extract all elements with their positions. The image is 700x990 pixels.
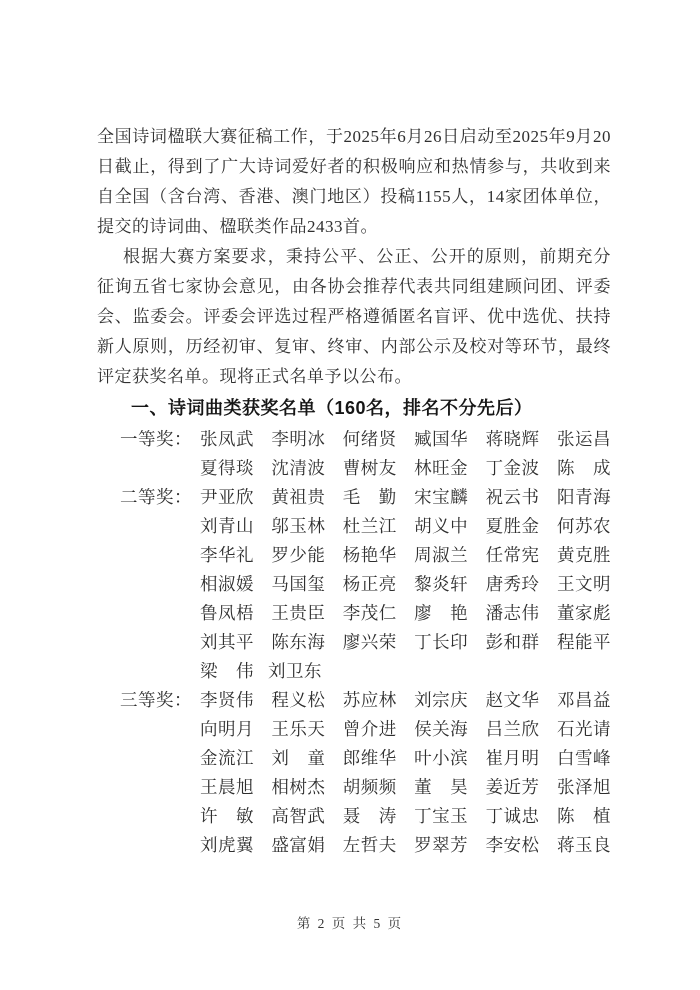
award-names-row: 张凤武李明冰何绪贤臧国华蒋晓辉张运昌: [200, 425, 611, 454]
awardee-name: 左哲夫: [343, 831, 397, 860]
awardee-name: 盛富娟: [271, 831, 325, 860]
awardee-name: 鲁凤梧: [200, 599, 254, 628]
awardee-name: 黄祖贵: [271, 483, 325, 512]
awardee-name: 罗翠芳: [414, 831, 468, 860]
award-rank-label: 三等奖：: [97, 686, 200, 715]
awardee-name: 崔月明: [486, 744, 540, 773]
awardee-name: 杜兰江: [343, 512, 397, 541]
document-page: 全国诗词楹联大赛征稿工作，于2025年6月26日启动至2025年9月20日截止，…: [0, 0, 700, 990]
awardee-name: 刘宗庆: [414, 686, 468, 715]
award-row: 王晨旭相树杰胡频频董 昊姜近芳张泽旭: [97, 773, 611, 802]
award-row: 鲁凤梧王贵臣李茂仁廖 艳潘志伟董家彪: [97, 599, 611, 628]
awardee-name: 夏得琰: [200, 454, 254, 483]
awardee-name: 曾介进: [343, 715, 397, 744]
awardee-name: 程义松: [271, 686, 325, 715]
awardee-name: 向明月: [200, 715, 254, 744]
award-names-row: 相淑媛马国玺杨正亮黎炎轩唐秀玲王文明: [200, 570, 611, 599]
award-rank-label: 一等奖：: [97, 425, 200, 454]
award-row: 相淑媛马国玺杨正亮黎炎轩唐秀玲王文明: [97, 570, 611, 599]
awardee-name: 蒋晓辉: [486, 425, 540, 454]
awardee-name: 尹亚欣: [200, 483, 254, 512]
awardee-name: 刘卫东: [268, 657, 322, 686]
awardee-name: 张泽旭: [557, 773, 611, 802]
awardee-name: 沈清波: [271, 454, 325, 483]
awardee-name: 曹树友: [343, 454, 397, 483]
awardee-name: 阳青海: [557, 483, 611, 512]
award-row: 梁 伟刘卫东: [97, 657, 611, 686]
awardee-name: 马国玺: [271, 570, 325, 599]
document-body: 全国诗词楹联大赛征稿工作，于2025年6月26日启动至2025年9月20日截止，…: [97, 122, 611, 860]
awardee-name: 侯关海: [414, 715, 468, 744]
awardee-name: 王文明: [557, 570, 611, 599]
award-names-row: 李贤伟程义松苏应林刘宗庆赵文华邓昌益: [200, 686, 611, 715]
awardee-name: 刘 童: [271, 744, 325, 773]
award-names-row: 金流江刘 童郎维华叶小滨崔月明白雪峰: [200, 744, 611, 773]
awardee-name: 黎炎轩: [414, 570, 468, 599]
awardee-name: 丁长印: [414, 628, 468, 657]
awardee-name: 聂 涛: [343, 802, 397, 831]
awardee-name: 丁宝玉: [414, 802, 468, 831]
awardee-name: 董家彪: [557, 599, 611, 628]
award-names-row: 王晨旭相树杰胡频频董 昊姜近芳张泽旭: [200, 773, 611, 802]
awardee-name: 潘志伟: [486, 599, 540, 628]
award-names-row: 向明月王乐天曾介进侯关海吕兰欣石光请: [200, 715, 611, 744]
awardee-name: 梁 伟: [200, 657, 254, 686]
awardee-name: 邓昌益: [557, 686, 611, 715]
award-names-row: 许 敏高智武聂 涛丁宝玉丁诚忠陈 植: [200, 802, 611, 831]
award-row: 一等奖：张凤武李明冰何绪贤臧国华蒋晓辉张运昌: [97, 425, 611, 454]
awardee-name: 赵文华: [486, 686, 540, 715]
awardee-name: 夏胜金: [486, 512, 540, 541]
awardee-name: 胡义中: [414, 512, 468, 541]
award-row: 向明月王乐天曾介进侯关海吕兰欣石光请: [97, 715, 611, 744]
awardee-name: 唐秀玲: [486, 570, 540, 599]
awardee-name: 叶小滨: [414, 744, 468, 773]
awardee-name: 相树杰: [271, 773, 325, 802]
awardee-name: 高智武: [271, 802, 325, 831]
awardee-name: 黄克胜: [557, 541, 611, 570]
awardee-name: 张凤武: [200, 425, 254, 454]
awardee-name: 祝云书: [486, 483, 540, 512]
awardee-name: 陈 植: [557, 802, 611, 831]
award-list: 一等奖：张凤武李明冰何绪贤臧国华蒋晓辉张运昌夏得琰沈清波曹树友林旺金丁金波陈 成…: [97, 425, 611, 860]
award-names-row: 李华礼罗少能杨艳华周淑兰任常宪黄克胜: [200, 541, 611, 570]
page-footer: 第 2 页 共 5 页: [0, 912, 700, 932]
awardee-name: 张运昌: [557, 425, 611, 454]
award-row: 刘其平陈东海廖兴荣丁长印彭和群程能平: [97, 628, 611, 657]
paragraph-intro: 全国诗词楹联大赛征稿工作，于2025年6月26日启动至2025年9月20日截止，…: [97, 122, 611, 242]
awardee-name: 王乐天: [271, 715, 325, 744]
awardee-name: 姜近芳: [486, 773, 540, 802]
award-names-row: 梁 伟刘卫东: [200, 657, 611, 686]
award-rank-label: 二等奖：: [97, 483, 200, 512]
awardee-name: 丁诚忠: [486, 802, 540, 831]
award-row: 夏得琰沈清波曹树友林旺金丁金波陈 成: [97, 454, 611, 483]
awardee-name: 白雪峰: [557, 744, 611, 773]
awardee-name: 李茂仁: [343, 599, 397, 628]
awardee-name: 林旺金: [414, 454, 468, 483]
awardee-name: 李贤伟: [200, 686, 254, 715]
awardee-name: 邬玉林: [271, 512, 325, 541]
awardee-name: 任常宪: [486, 541, 540, 570]
awardee-name: 董 昊: [414, 773, 468, 802]
awardee-name: 王贵臣: [271, 599, 325, 628]
awardee-name: 许 敏: [200, 802, 254, 831]
awardee-name: 刘虎翼: [200, 831, 254, 860]
awardee-name: 罗少能: [271, 541, 325, 570]
award-names-row: 鲁凤梧王贵臣李茂仁廖 艳潘志伟董家彪: [200, 599, 611, 628]
awardee-name: 杨正亮: [343, 570, 397, 599]
award-row: 许 敏高智武聂 涛丁宝玉丁诚忠陈 植: [97, 802, 611, 831]
award-row: 李华礼罗少能杨艳华周淑兰任常宪黄克胜: [97, 541, 611, 570]
award-row: 刘虎翼盛富娟左哲夫罗翠芳李安松蒋玉良: [97, 831, 611, 860]
awardee-name: 蒋玉良: [557, 831, 611, 860]
awardee-name: 王晨旭: [200, 773, 254, 802]
awardee-name: 宋宝麟: [414, 483, 468, 512]
award-row: 刘青山邬玉林杜兰江胡义中夏胜金何苏农: [97, 512, 611, 541]
awardee-name: 周淑兰: [414, 541, 468, 570]
awardee-name: 李华礼: [200, 541, 254, 570]
awardee-name: 廖 艳: [414, 599, 468, 628]
award-names-row: 刘其平陈东海廖兴荣丁长印彭和群程能平: [200, 628, 611, 657]
awardee-name: 陈东海: [271, 628, 325, 657]
awardee-name: 李明冰: [271, 425, 325, 454]
award-names-row: 夏得琰沈清波曹树友林旺金丁金波陈 成: [200, 454, 611, 483]
section-heading: 一、诗词曲类获奖名单（160名，排名不分先后）: [97, 393, 611, 424]
awardee-name: 臧国华: [414, 425, 468, 454]
awardee-name: 丁金波: [486, 454, 540, 483]
awardee-name: 毛 勤: [343, 483, 397, 512]
awardee-name: 吕兰欣: [486, 715, 540, 744]
award-names-row: 刘青山邬玉林杜兰江胡义中夏胜金何苏农: [200, 512, 611, 541]
awardee-name: 刘青山: [200, 512, 254, 541]
award-row: 金流江刘 童郎维华叶小滨崔月明白雪峰: [97, 744, 611, 773]
awardee-name: 杨艳华: [343, 541, 397, 570]
awardee-name: 何绪贤: [343, 425, 397, 454]
awardee-name: 石光请: [557, 715, 611, 744]
awardee-name: 郎维华: [343, 744, 397, 773]
awardee-name: 刘其平: [200, 628, 254, 657]
awardee-name: 苏应林: [343, 686, 397, 715]
award-names-row: 尹亚欣黄祖贵毛 勤宋宝麟祝云书阳青海: [200, 483, 611, 512]
awardee-name: 何苏农: [557, 512, 611, 541]
awardee-name: 程能平: [557, 628, 611, 657]
awardee-name: 廖兴荣: [343, 628, 397, 657]
award-row: 三等奖：李贤伟程义松苏应林刘宗庆赵文华邓昌益: [97, 686, 611, 715]
awardee-name: 相淑媛: [200, 570, 254, 599]
awardee-name: 胡频频: [343, 773, 397, 802]
awardee-name: 彭和群: [486, 628, 540, 657]
award-row: 二等奖：尹亚欣黄祖贵毛 勤宋宝麟祝云书阳青海: [97, 483, 611, 512]
awardee-name: 李安松: [486, 831, 540, 860]
awardee-name: 陈 成: [557, 454, 611, 483]
paragraph-process: 根据大赛方案要求，秉持公平、公正、公开的原则，前期充分征询五省七家协会意见，由各…: [97, 242, 611, 392]
award-names-row: 刘虎翼盛富娟左哲夫罗翠芳李安松蒋玉良: [200, 831, 611, 860]
awardee-name: 金流江: [200, 744, 254, 773]
